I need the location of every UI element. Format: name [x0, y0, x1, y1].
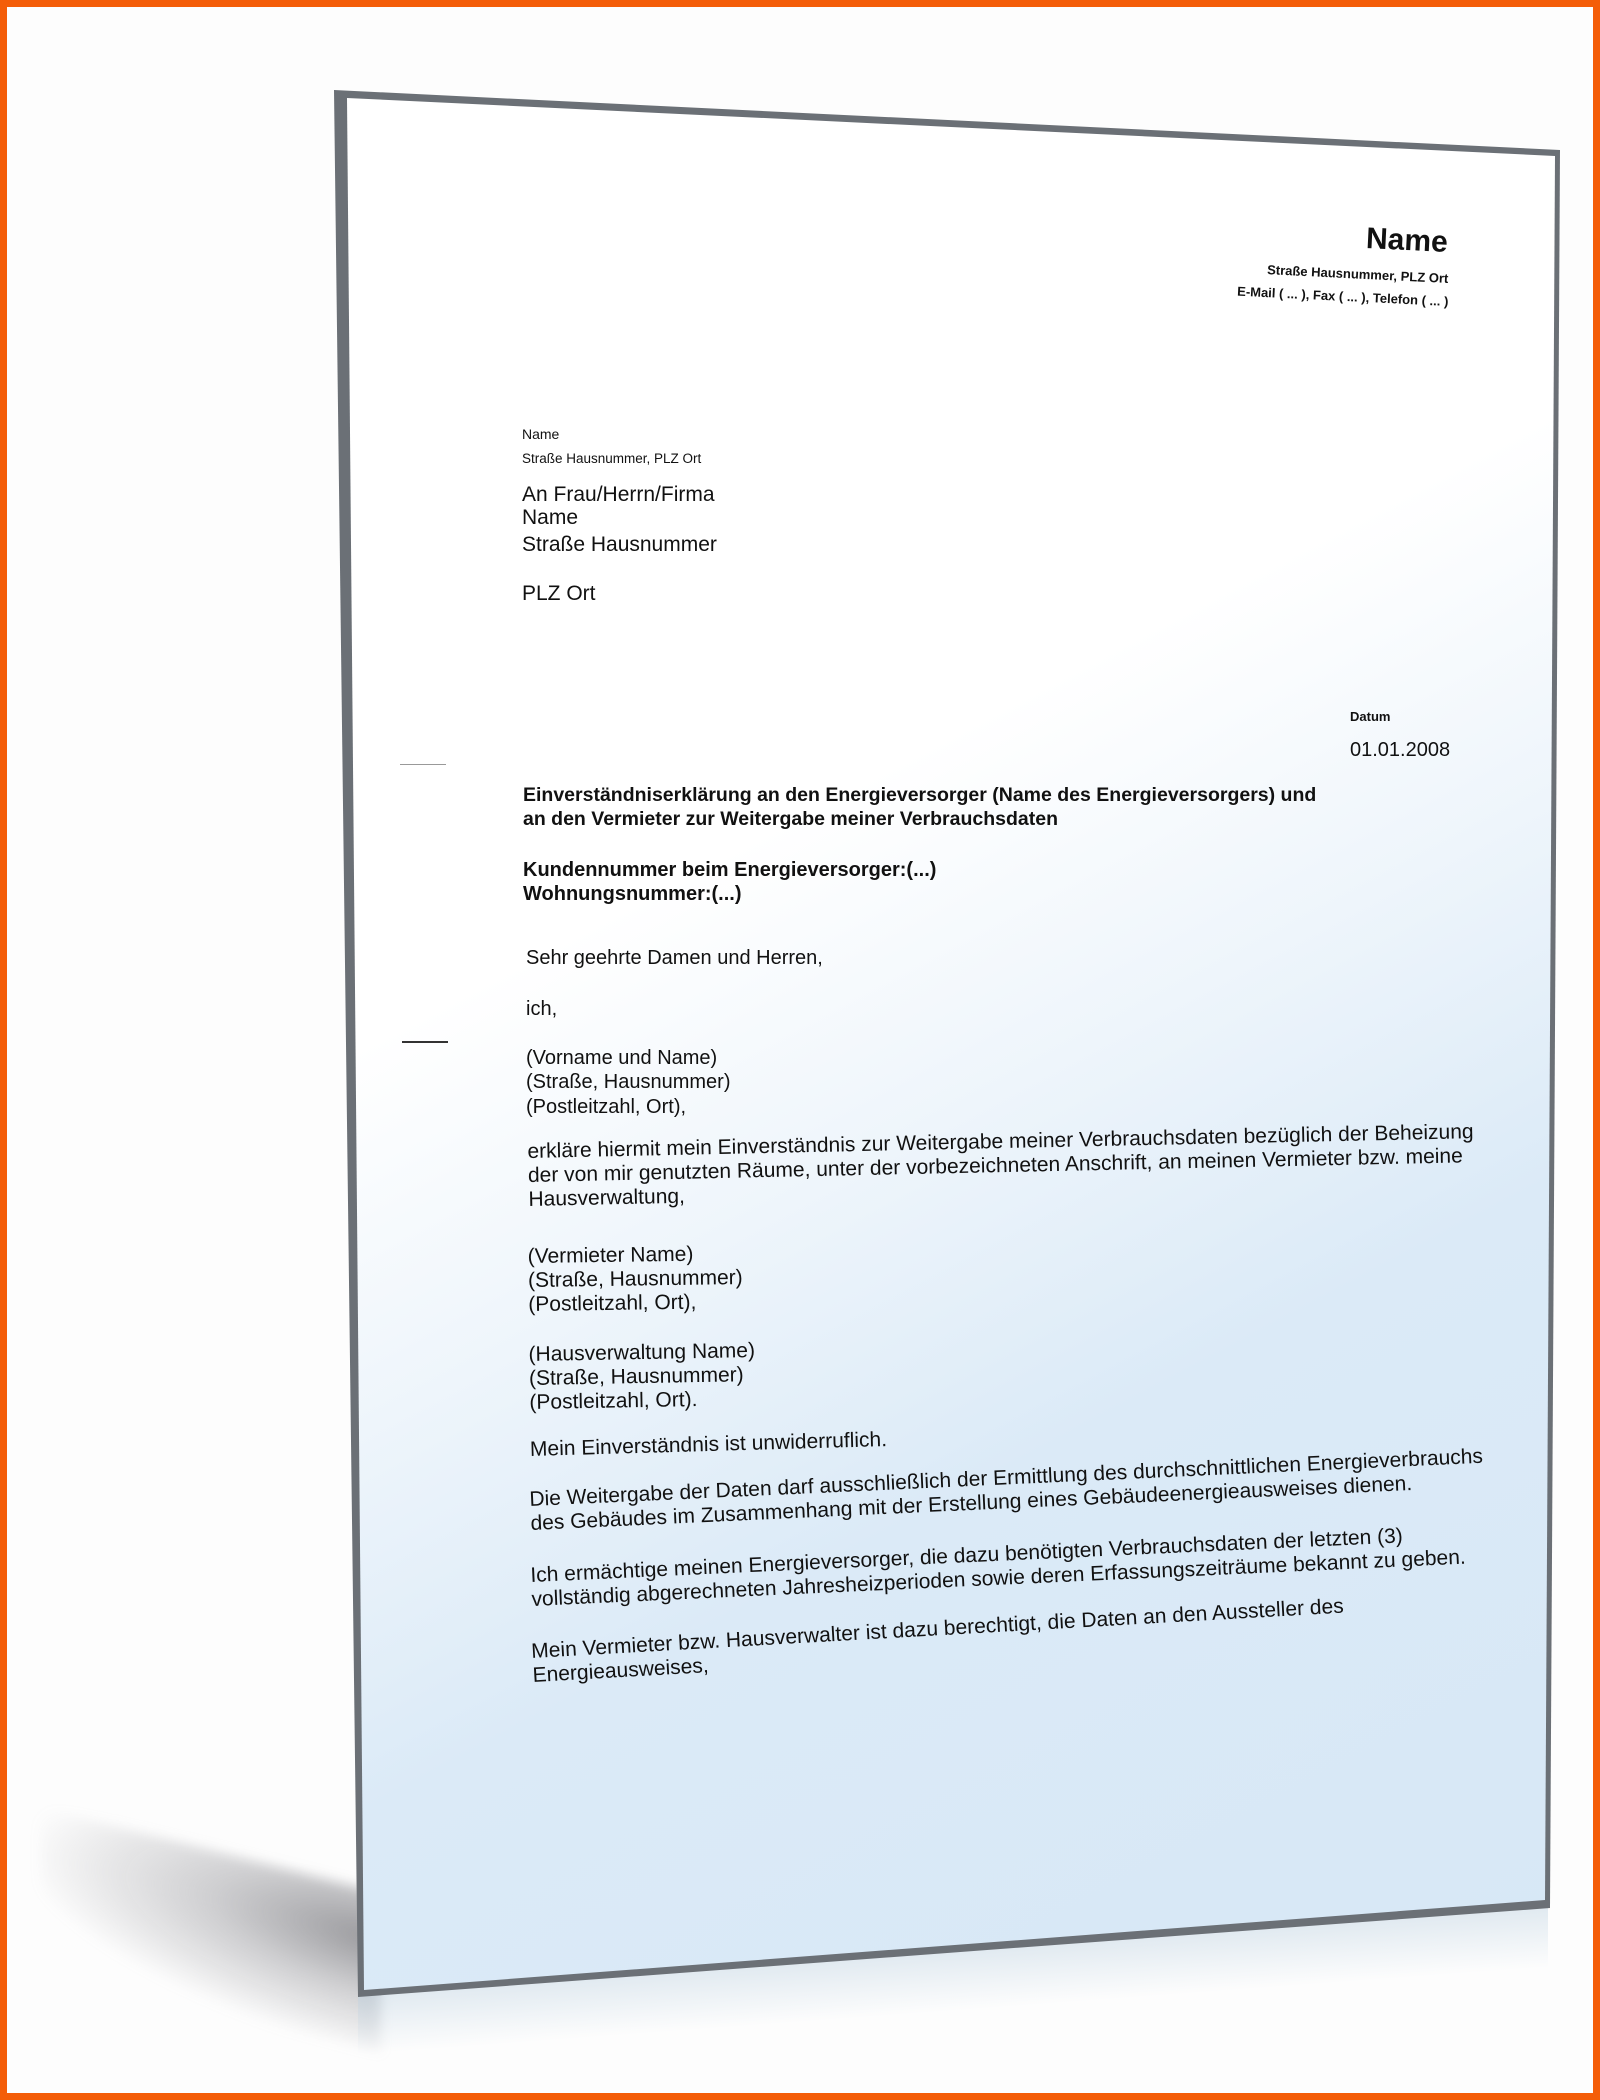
fold-mark [400, 764, 446, 765]
intro: ich, [526, 999, 557, 1019]
recipient-line1: An Frau/Herrn/Firma [522, 484, 715, 505]
management-street: (Straße, Hausnummer) [529, 1363, 756, 1391]
recipient-city: PLZ Ort [522, 583, 596, 604]
paragraph-purpose: Die Weitergabe der Daten darf ausschließ… [529, 1445, 1485, 1536]
apartment-number: Wohnungsnummer:(...) [523, 884, 742, 904]
management-city: (Postleitzahl, Ort). [529, 1387, 756, 1415]
management-block: (Hausverwaltung Name) (Straße, Hausnumme… [528, 1339, 756, 1415]
tenant-street: (Straße, Hausnummer) [526, 1072, 731, 1092]
customer-number: Kundennummer beim Energieversorger:(...) [523, 860, 936, 880]
letterhead-name: Name [1366, 224, 1449, 258]
paragraph-landlord: Mein Vermieter bzw. Hausverwalter ist da… [531, 1595, 1346, 1688]
landlord-block: (Vermieter Name) (Straße, Hausnummer) (P… [527, 1242, 743, 1317]
punch-mark [402, 1041, 448, 1043]
recipient-name: Name [522, 507, 578, 528]
date-value: 01.01.2008 [1350, 740, 1450, 760]
letterhead-contact: E-Mail ( ... ), Fax ( ... ), Telefon ( .… [1237, 285, 1449, 308]
paragraph-consent: erkläre hiermit mein Einverständnis zur … [527, 1120, 1475, 1212]
date-label: Datum [1350, 710, 1390, 723]
subject-line1: Einverständniserklärung an den Energieve… [523, 786, 1316, 806]
tenant-name: (Vorname und Name) [526, 1048, 717, 1068]
tenant-city: (Postleitzahl, Ort), [526, 1097, 686, 1117]
letter-content: Name Straße Hausnummer, PLZ Ort E-Mail (… [0, 0, 1600, 2100]
letterhead-address: Straße Hausnummer, PLZ Ort [1267, 263, 1449, 285]
landlord-street: (Straße, Hausnummer) [528, 1266, 743, 1293]
return-address-street: Straße Hausnummer, PLZ Ort [522, 452, 701, 466]
irrevocable-statement: Mein Einverständnis ist unwiderruflich. [530, 1428, 888, 1462]
landlord-city: (Postleitzahl, Ort), [528, 1290, 743, 1317]
recipient-street: Straße Hausnummer [522, 534, 717, 555]
landlord-name: (Vermieter Name) [527, 1242, 742, 1269]
return-address-name: Name [522, 427, 559, 441]
salutation: Sehr geehrte Damen und Herren, [526, 948, 823, 968]
subject-line2: an den Vermieter zur Weitergabe meiner V… [523, 810, 1058, 830]
irrevocable-text: Mein Einverständnis ist unwiderruflich. [530, 1428, 888, 1462]
